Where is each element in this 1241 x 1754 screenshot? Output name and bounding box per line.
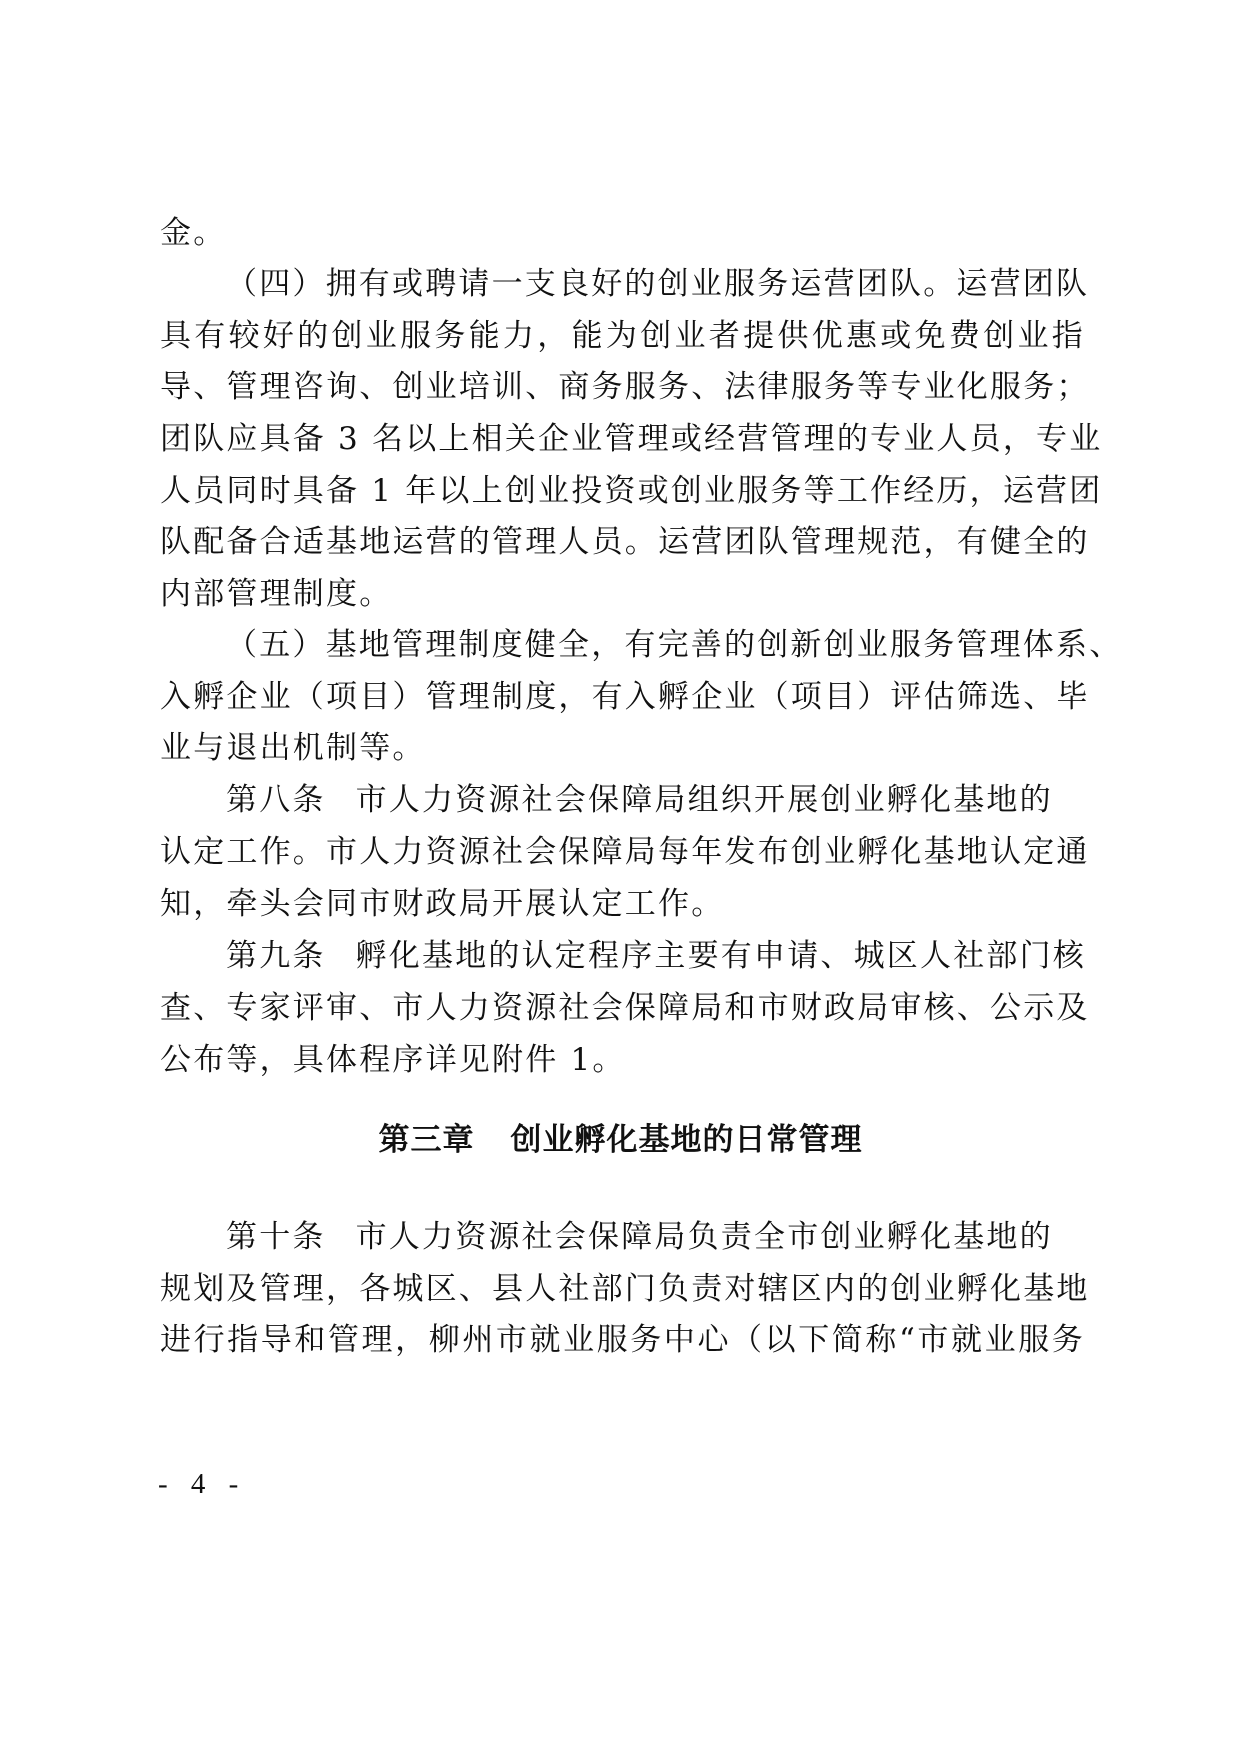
item-4-line: （四）拥有或聘请一支良好的创业服务运营团队。运营团队 [226,258,1085,310]
text-line: 队配备合适基地运营的管理人员。运营团队管理规范，有健全的 [160,516,1085,568]
text-line: 入孵企业（项目）管理制度，有入孵企业（项目）评估筛选、毕 [160,671,1085,723]
chapter-heading: 第三章创业孵化基地的日常管理 [0,1114,1241,1166]
text-line: 团队应具备 3 名以上相关企业管理或经营管理的专业人员，专业 [160,413,1085,465]
article-10-label: 第十条 [226,1219,326,1255]
article-8-label: 第八条 [226,782,326,818]
text-line: 导、管理咨询、创业培训、商务服务、法律服务等专业化服务； [160,361,1085,413]
text-line: 内部管理制度。 [160,568,1085,620]
text-line: 业与退出机制等。 [160,722,1085,774]
text-line: 规划及管理，各城区、县人社部门负责对辖区内的创业孵化基地 [160,1263,1085,1315]
text-line: 进行指导和管理，柳州市就业服务中心（以下简称“市就业服务 [160,1314,1085,1366]
chapter-number: 第三章 [379,1122,475,1158]
text-line: 金。 [160,207,1085,259]
text-line: 查、专家评审、市人力资源社会保障局和市财政局审核、公示及 [160,982,1085,1034]
article-8-first-line: 第八条市人力资源社会保障局组织开展创业孵化基地的 [226,774,1085,826]
page-number: - 4 - [158,1462,246,1506]
item-5-line: （五）基地管理制度健全，有完善的创新创业服务管理体系、 [226,619,1085,671]
article-9-text: 孵化基地的认定程序主要有申请、城区人社部门核 [356,938,1086,974]
document-page: 金。 （四）拥有或聘请一支良好的创业服务运营团队。运营团队 具有较好的创业服务能… [0,0,1241,1754]
article-10-first-line: 第十条市人力资源社会保障局负责全市创业孵化基地的 [226,1211,1085,1263]
article-10-text: 市人力资源社会保障局负责全市创业孵化基地的 [356,1219,1053,1255]
article-9-label: 第九条 [226,938,326,974]
text-line: 人员同时具备 1 年以上创业投资或创业服务等工作经历，运营团 [160,465,1085,517]
text-line: 知，牵头会同市财政局开展认定工作。 [160,878,1085,930]
text-line: 具有较好的创业服务能力，能为创业者提供优惠或免费创业指 [160,310,1085,362]
text-line: 公布等，具体程序详见附件 1。 [160,1034,1085,1086]
article-9-first-line: 第九条孵化基地的认定程序主要有申请、城区人社部门核 [226,930,1085,982]
article-8-text: 市人力资源社会保障局组织开展创业孵化基地的 [356,782,1053,818]
text-line: 认定工作。市人力资源社会保障局每年发布创业孵化基地认定通 [160,826,1085,878]
chapter-title: 创业孵化基地的日常管理 [511,1122,863,1158]
